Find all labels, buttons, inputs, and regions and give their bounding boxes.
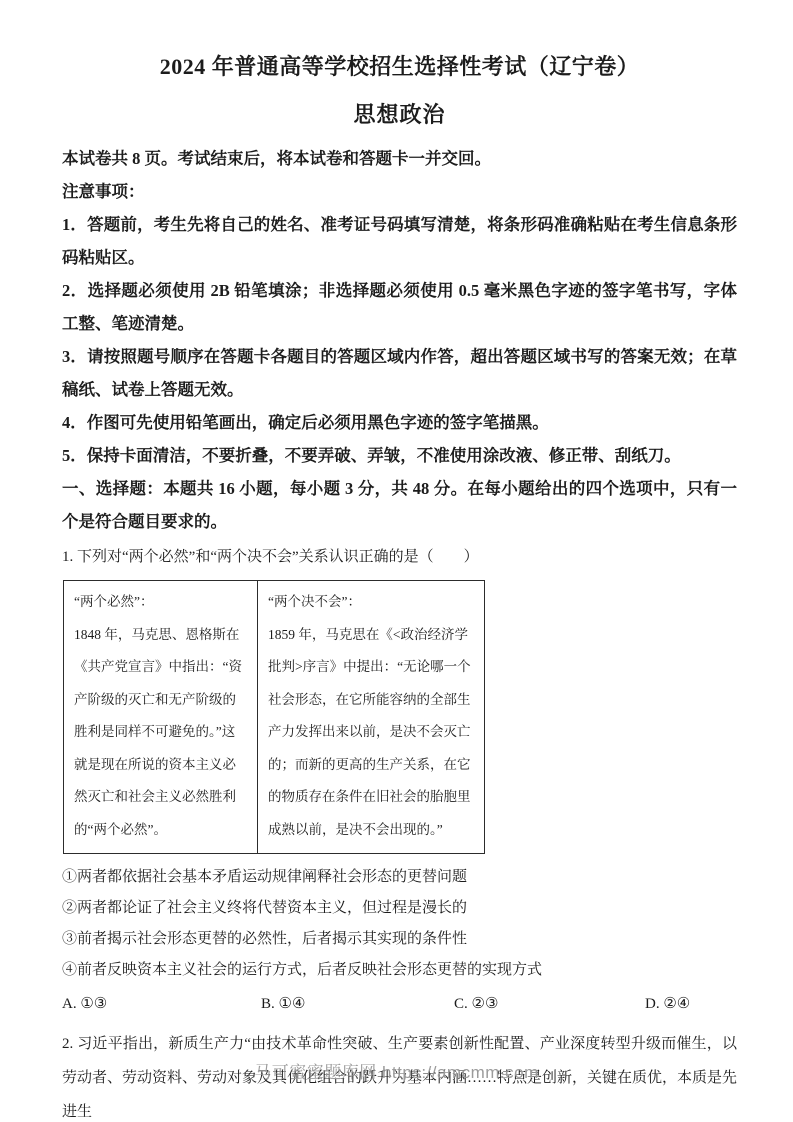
table-cell-two-inevitables: “两个必然”： 1848 年，马克思、恩格斯在 《共产党宣言》中指出：“资 产阶… (64, 581, 258, 854)
exam-paper-page: 2024 年普通高等学校招生选择性考试（辽宁卷） 思想政治 本试卷共 8 页。考… (0, 0, 793, 1122)
notice-heading: 注意事项： (62, 175, 737, 208)
notice-item-3: 3．请按照题号顺序在答题卡各题目的答题区域内作答，超出答题区域书写的答案无效；在… (62, 340, 737, 406)
statement-3: ③前者揭示社会形态更替的必然性，后者揭示其实现的条件性 (62, 924, 737, 955)
table-row: “两个必然”： 1848 年，马克思、恩格斯在 《共产党宣言》中指出：“资 产阶… (64, 581, 485, 854)
notice-item-4: 4．作图可先使用铅笔画出，确定后必须用黑色字迹的签字笔描黑。 (62, 406, 737, 439)
option-c: C. ②③ (454, 988, 645, 1021)
subject-title: 思想政治 (62, 100, 737, 130)
statement-1: ①两者都依据社会基本矛盾运动规律阐释社会形态的更替问题 (62, 862, 737, 893)
answer-options-row: A. ①③ B. ①④ C. ②③ D. ②④ (62, 988, 737, 1021)
option-b: B. ①④ (261, 988, 454, 1021)
question-1-stem: 1. 下列对“两个必然”和“两个决不会”关系认识正确的是（ ） (62, 542, 737, 573)
notice-item-2: 2．选择题必须使用 2B 铅笔填涂；非选择题必须使用 0.5 毫米黑色字迹的签字… (62, 274, 737, 340)
option-a: A. ①③ (62, 988, 261, 1021)
statement-2: ②两者都论证了社会主义终将代替资本主义，但过程是漫长的 (62, 893, 737, 924)
table-cell-two-nevers: “两个决不会”： 1859 年，马克思在《<政治经济学 批判>序言》中提出：“无… (258, 581, 485, 854)
watermark-footer: 马可蜜蜜题库网 https://amcmm.com (0, 1058, 793, 1083)
notice-item-5: 5．保持卡面清洁，不要折叠，不要弄破、弄皱，不准使用涂改液、修正带、刮纸刀。 (62, 439, 737, 472)
paper-intro: 本试卷共 8 页。考试结束后，将本试卷和答题卡一并交回。 (62, 142, 737, 175)
question-1: 1. 下列对“两个必然”和“两个决不会”关系认识正确的是（ ） “两个必然”： … (62, 542, 737, 1021)
comparison-table: “两个必然”： 1848 年，马克思、恩格斯在 《共产党宣言》中指出：“资 产阶… (63, 580, 485, 854)
notice-list: 1．答题前，考生先将自己的姓名、准考证号码填写清楚，将条形码准确粘贴在考生信息条… (62, 208, 737, 472)
statement-4: ④前者反映资本主义社会的运行方式，后者反映社会形态更替的实现方式 (62, 955, 737, 986)
option-d: D. ②④ (645, 988, 737, 1021)
page-title: 2024 年普通高等学校招生选择性考试（辽宁卷） (62, 52, 737, 82)
section-1-heading: 一、选择题：本题共 16 小题，每小题 3 分，共 48 分。在每小题给出的四个… (62, 472, 737, 538)
notice-item-1: 1．答题前，考生先将自己的姓名、准考证号码填写清楚，将条形码准确粘贴在考生信息条… (62, 208, 737, 274)
watermark-text: 马可蜜蜜题库网 https://amcmm.com (254, 1063, 539, 1082)
statement-list: ①两者都依据社会基本矛盾运动规律阐释社会形态的更替问题 ②两者都论证了社会主义终… (62, 862, 737, 986)
